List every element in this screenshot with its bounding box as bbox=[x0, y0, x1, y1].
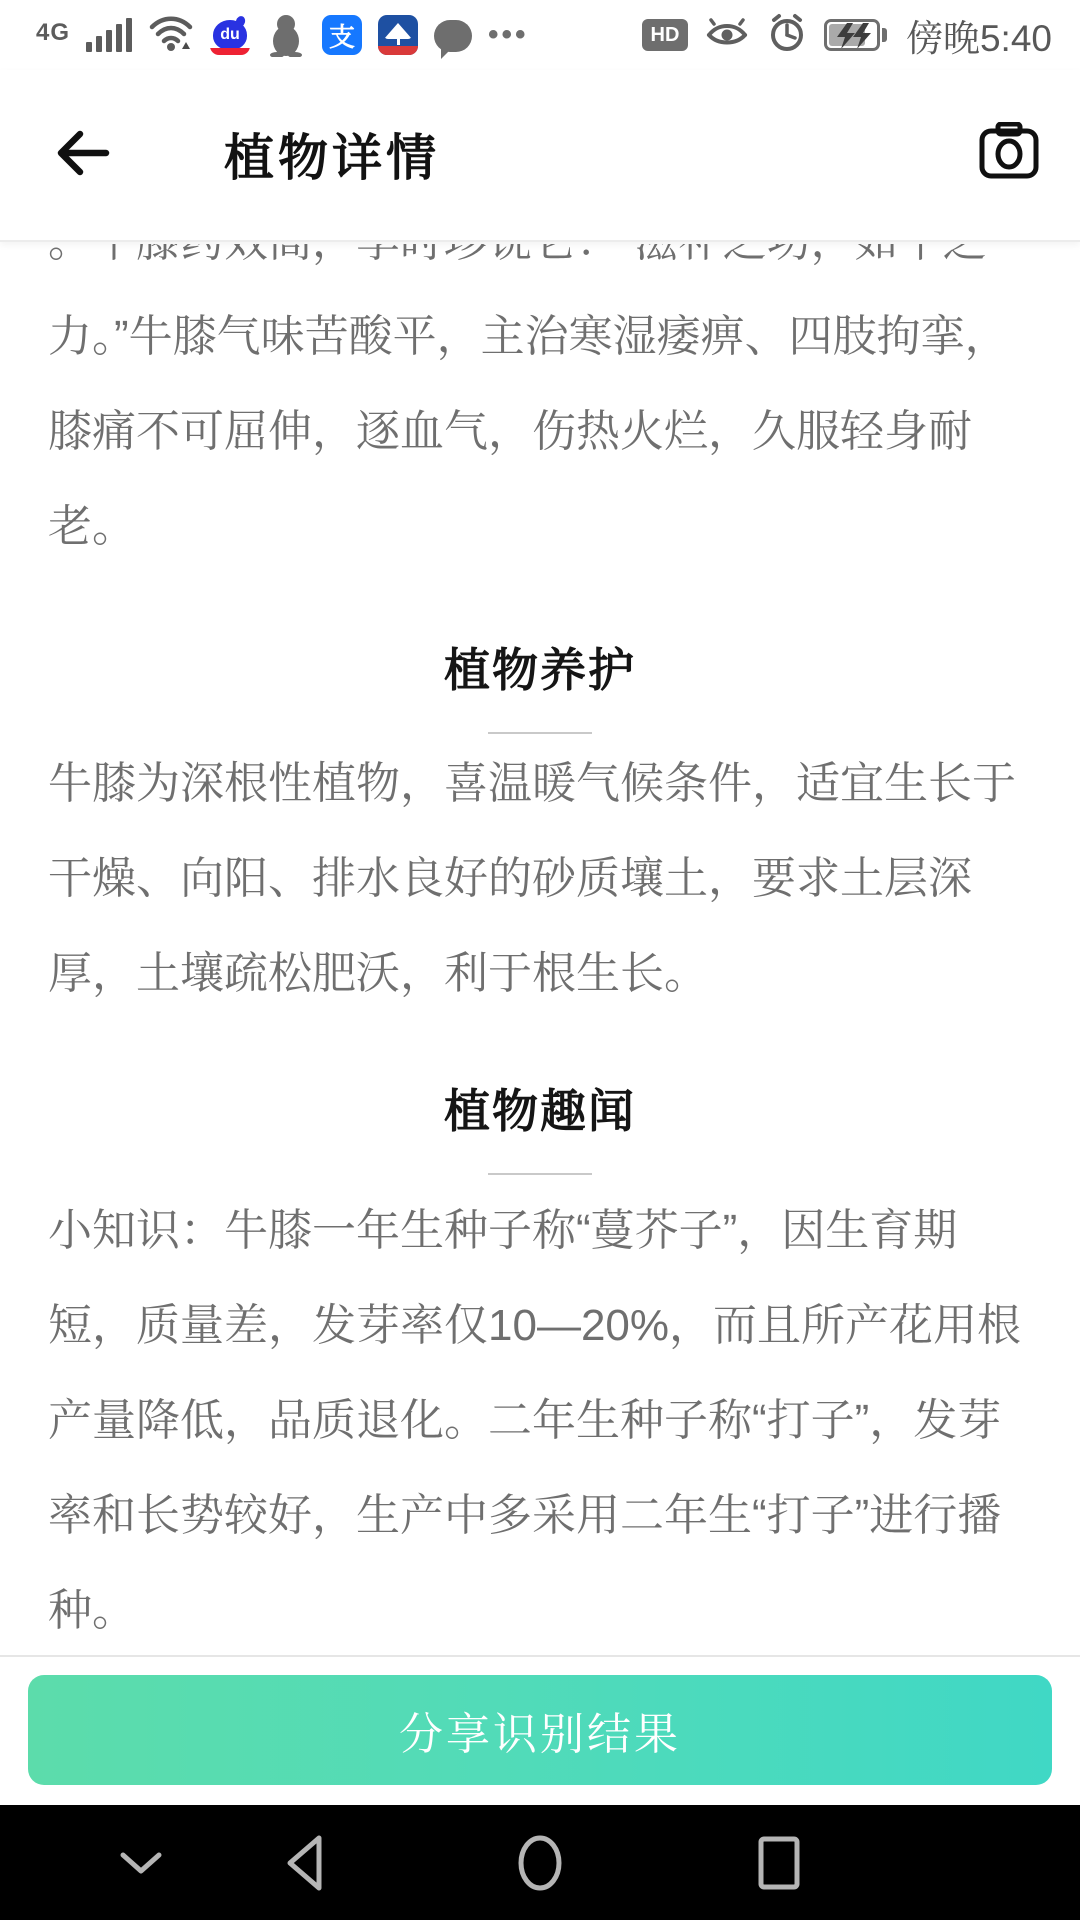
text-line: 种。 bbox=[48, 1563, 1032, 1655]
hide-navbar-button[interactable] bbox=[113, 1805, 169, 1920]
qq-penguin-icon bbox=[266, 13, 306, 57]
message-bubble-icon bbox=[434, 20, 472, 52]
signal-strength-icon bbox=[86, 18, 132, 52]
text-line: 率和长势较好，生产中多采用二年生“打子”进行播 bbox=[48, 1468, 1032, 1563]
recents-square-icon bbox=[756, 1834, 802, 1892]
camera-icon bbox=[978, 122, 1040, 180]
alarm-clock-icon bbox=[766, 12, 808, 59]
text-line: 短，质量差，发芽率仅10—20%，而且所产花用根 bbox=[48, 1278, 1032, 1373]
umbrella-app-icon bbox=[378, 15, 418, 55]
bottom-action-bar: 分享识别结果 bbox=[0, 1657, 1080, 1805]
text-line: 厚，土壤疏松肥沃，利于根生长。 bbox=[48, 926, 1032, 1021]
chevron-down-icon bbox=[118, 1850, 164, 1876]
text-line: 膝痛不可屈伸，逐血气，伤热火烂，久服轻身耐 bbox=[48, 384, 1032, 479]
camera-button[interactable] bbox=[978, 122, 1040, 180]
wifi-icon bbox=[148, 13, 194, 58]
page-title: 植物详情 bbox=[224, 118, 440, 190]
app-header: 植物详情 bbox=[0, 70, 1080, 242]
back-triangle-icon bbox=[282, 1833, 326, 1893]
more-notifications-icon: ••• bbox=[488, 15, 529, 55]
section-divider bbox=[488, 1173, 592, 1175]
text-line: 干燥、向阳、排水良好的砂质壤土，要求土层深 bbox=[48, 831, 1032, 926]
intro-paragraph: 。牛膝药效高，李时珍说它：“滋补之功，如牛之 力。”牛膝气味苦酸平，主治寒湿痿痹… bbox=[48, 244, 1032, 574]
care-paragraph: 牛膝为深根性植物，喜温暖气候条件，适宜生长于 干燥、向阳、排水良好的砂质壤土，要… bbox=[48, 736, 1032, 1021]
text-line: 力。”牛膝气味苦酸平，主治寒湿痿痹、四肢拘挛， bbox=[48, 289, 1032, 384]
back-button[interactable] bbox=[52, 128, 112, 178]
text-line: 牛膝为深根性植物，喜温暖气候条件，适宜生长于 bbox=[48, 736, 1032, 831]
text-line: 。牛膝药效高，李时珍说它：“滋补之功，如牛之 bbox=[48, 244, 1032, 289]
alipay-app-icon: 支 bbox=[322, 15, 362, 55]
share-result-button[interactable]: 分享识别结果 bbox=[28, 1675, 1052, 1785]
nav-home-button[interactable] bbox=[511, 1805, 569, 1920]
status-bar: 4G du bbox=[0, 0, 1080, 70]
section-title-trivia: 植物趣闻 bbox=[48, 1083, 1032, 1139]
eye-comfort-icon bbox=[704, 15, 750, 56]
article-scroll-area[interactable]: 。牛膝药效高，李时珍说它：“滋补之功，如牛之 力。”牛膝气味苦酸平，主治寒湿痿痹… bbox=[0, 244, 1080, 1655]
trivia-paragraph: 小知识：牛膝一年生种子称“蔓芥子”，因生育期 短，质量差，发芽率仅10—20%，… bbox=[48, 1183, 1032, 1655]
nav-back-button[interactable] bbox=[274, 1805, 334, 1920]
battery-charging-icon bbox=[824, 18, 890, 52]
clock-time: 傍晚5:40 bbox=[906, 8, 1052, 62]
android-nav-bar bbox=[0, 1805, 1080, 1920]
status-left-cluster: 4G du bbox=[36, 13, 529, 58]
section-divider bbox=[488, 732, 592, 734]
text-line: 老。 bbox=[48, 479, 1032, 574]
section-title-care: 植物养护 bbox=[48, 642, 1032, 698]
hd-voice-badge: HD bbox=[642, 19, 688, 51]
phone-screen: 4G du bbox=[0, 0, 1080, 1920]
text-line: 小知识：牛膝一年生种子称“蔓芥子”，因生育期 bbox=[48, 1183, 1032, 1278]
arrow-left-icon bbox=[52, 128, 112, 178]
nav-recents-button[interactable] bbox=[752, 1805, 806, 1920]
home-circle-icon bbox=[515, 1832, 565, 1894]
baidu-app-icon: du bbox=[210, 15, 250, 55]
network-type-label: 4G bbox=[36, 19, 70, 47]
status-right-cluster: HD bbox=[642, 8, 1052, 62]
text-line: 产量降低，品质退化。二年生种子称“打子”，发芽 bbox=[48, 1373, 1032, 1468]
